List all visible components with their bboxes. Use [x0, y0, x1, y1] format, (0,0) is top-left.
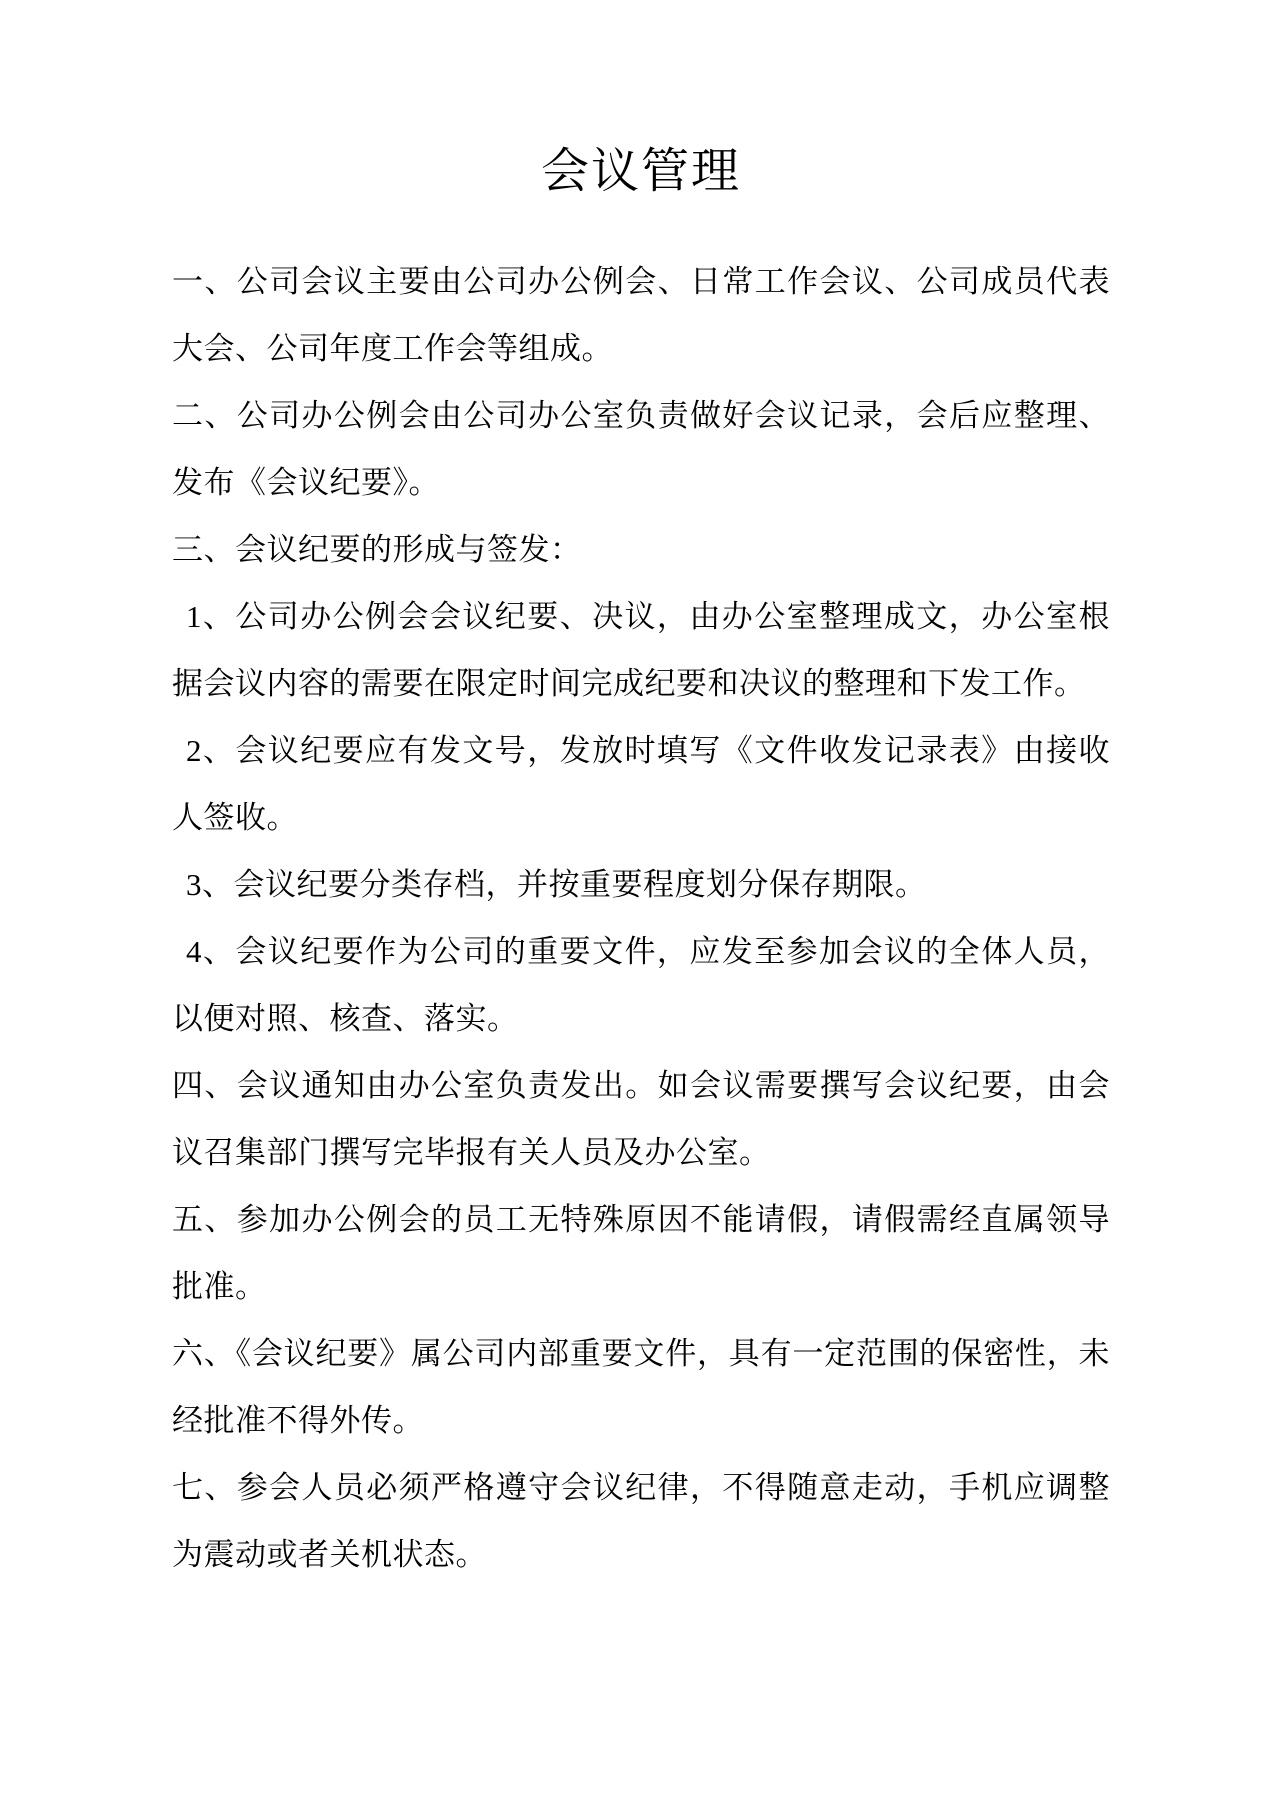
- paragraph: 七、参会人员必须严格遵守会议纪律，不得随意走动，手机应调整为震动或者关机状态。: [172, 1454, 1110, 1588]
- paragraph: 四、会议通知由办公室负责发出。如会议需要撰写会议纪要，由会议召集部门撰写完毕报有…: [172, 1052, 1110, 1186]
- paragraph: 六、《会议纪要》属公司内部重要文件，具有一定范围的保密性，未经批准不得外传。: [172, 1320, 1110, 1454]
- paragraph: 2、会议纪要应有发文号，发放时填写《文件收发记录表》由接收人签收。: [172, 717, 1110, 851]
- document-body: 一、公司会议主要由公司办公例会、日常工作会议、公司成员代表大会、公司年度工作会等…: [172, 248, 1110, 1588]
- paragraph: 五、参加办公例会的员工无特殊原因不能请假，请假需经直属领导批准。: [172, 1186, 1110, 1320]
- paragraph: 3、会议纪要分类存档，并按重要程度划分保存期限。: [172, 851, 1110, 918]
- page-title: 会议管理: [172, 132, 1110, 212]
- paragraph: 4、会议纪要作为公司的重要文件，应发至参加会议的全体人员，以便对照、核查、落实。: [172, 918, 1110, 1052]
- document-page: 会议管理 一、公司会议主要由公司办公例会、日常工作会议、公司成员代表大会、公司年…: [0, 0, 1280, 1810]
- paragraph: 二、公司办公例会由公司办公室负责做好会议记录，会后应整理、发布《会议纪要》。: [172, 382, 1110, 516]
- paragraph: 1、公司办公例会会议纪要、决议，由办公室整理成文，办公室根据会议内容的需要在限定…: [172, 583, 1110, 717]
- paragraph: 一、公司会议主要由公司办公例会、日常工作会议、公司成员代表大会、公司年度工作会等…: [172, 248, 1110, 382]
- paragraph: 三、会议纪要的形成与签发：: [172, 516, 1110, 583]
